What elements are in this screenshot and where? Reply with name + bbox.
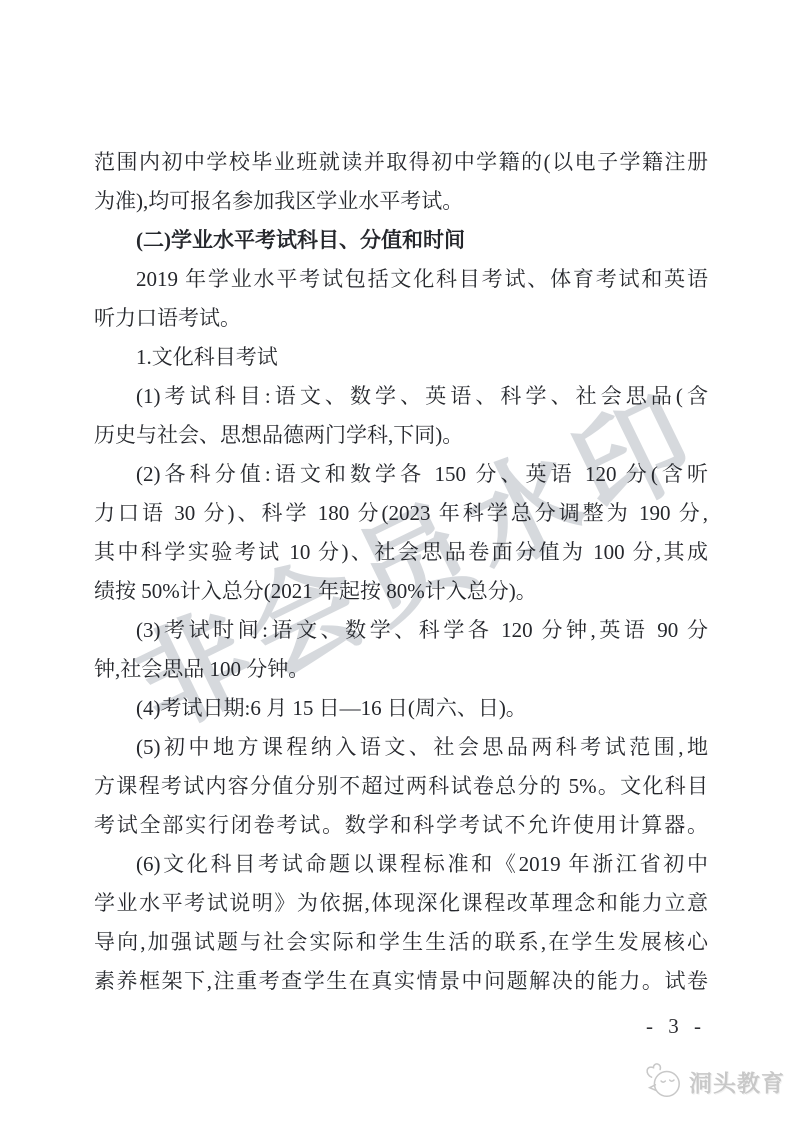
footer-logo-text: 洞头教育 [689, 1065, 785, 1098]
text-line: (二)学业水平考试科目、分值和时间 [94, 221, 708, 260]
text-line: 范围内初中学校毕业班就读并取得初中学籍的(以电子学籍注册 [94, 143, 708, 182]
text-line: 其中科学实验考试 10 分)、社会思品卷面分值为 100 分,其成 [94, 533, 708, 572]
bird-icon [642, 1061, 684, 1101]
text-line: 为准),均可报名参加我区学业水平考试。 [94, 182, 708, 221]
text-line: (2)各科分值:语文和数学各 150 分、英语 120 分(含听 [94, 455, 708, 494]
text-line: (1)考试科目:语文、数学、英语、科学、社会思品(含 [94, 377, 708, 416]
text-line: 听力口语考试。 [94, 299, 708, 338]
text-line: 素养框架下,注重考查学生在真实情景中问题解决的能力。试卷 [94, 962, 708, 1001]
text-line: 学业水平考试说明》为依据,体现深化课程改革理念和能力立意 [94, 884, 708, 923]
text-line: 钟,社会思品 100 分钟。 [94, 650, 708, 689]
page-number: - 3 - [646, 1014, 706, 1039]
text-line: (5)初中地方课程纳入语文、社会思品两科考试范围,地 [94, 728, 708, 767]
text-line: 1.文化科目考试 [94, 338, 708, 377]
text-line: 考试全部实行闭卷考试。数学和科学考试不允许使用计算器。 [94, 806, 708, 845]
text-line: 绩按 50%计入总分(2021 年起按 80%计入总分)。 [94, 572, 708, 611]
document-body: 范围内初中学校毕业班就读并取得初中学籍的(以电子学籍注册为准),均可报名参加我区… [94, 143, 708, 1001]
text-line: (4)考试日期:6 月 15 日—16 日(周六、日)。 [94, 689, 708, 728]
footer-logo: 洞头教育 [642, 1061, 785, 1101]
text-line: (6)文化科目考试命题以课程标准和《2019 年浙江省初中 [94, 845, 708, 884]
document-page: 非会员水印 范围内初中学校毕业班就读并取得初中学籍的(以电子学籍注册为准),均可… [0, 0, 793, 1122]
text-line: 力口语 30 分)、科学 180 分(2023 年科学总分调整为 190 分, [94, 494, 708, 533]
text-line: 方课程考试内容分值分别不超过两科试卷总分的 5%。文化科目 [94, 767, 708, 806]
text-line: 历史与社会、思想品德两门学科,下同)。 [94, 416, 708, 455]
text-line: 导向,加强试题与社会实际和学生生活的联系,在学生发展核心 [94, 923, 708, 962]
text-line: (3)考试时间:语文、数学、科学各 120 分钟,英语 90 分 [94, 611, 708, 650]
text-line: 2019 年学业水平考试包括文化科目考试、体育考试和英语 [94, 260, 708, 299]
